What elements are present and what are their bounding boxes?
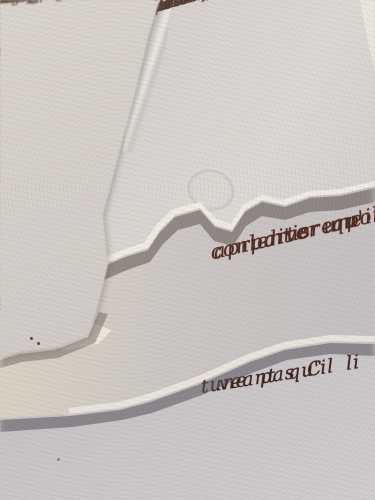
ink-speck [37,342,40,345]
photo-of-manuscript-stack: veant qu'il li tune pas C au parter qu'i… [0,0,375,500]
ink-speck [57,458,60,461]
top-left-letter-sheet: me la ne fau le mien ellui est lui ne se… [0,0,375,500]
blurred-sheet-wrapper: me la ne fau le mien ellui est lui ne se… [0,0,375,500]
ink-speck [30,337,33,340]
handwriting-line: futer [33,0,69,7]
